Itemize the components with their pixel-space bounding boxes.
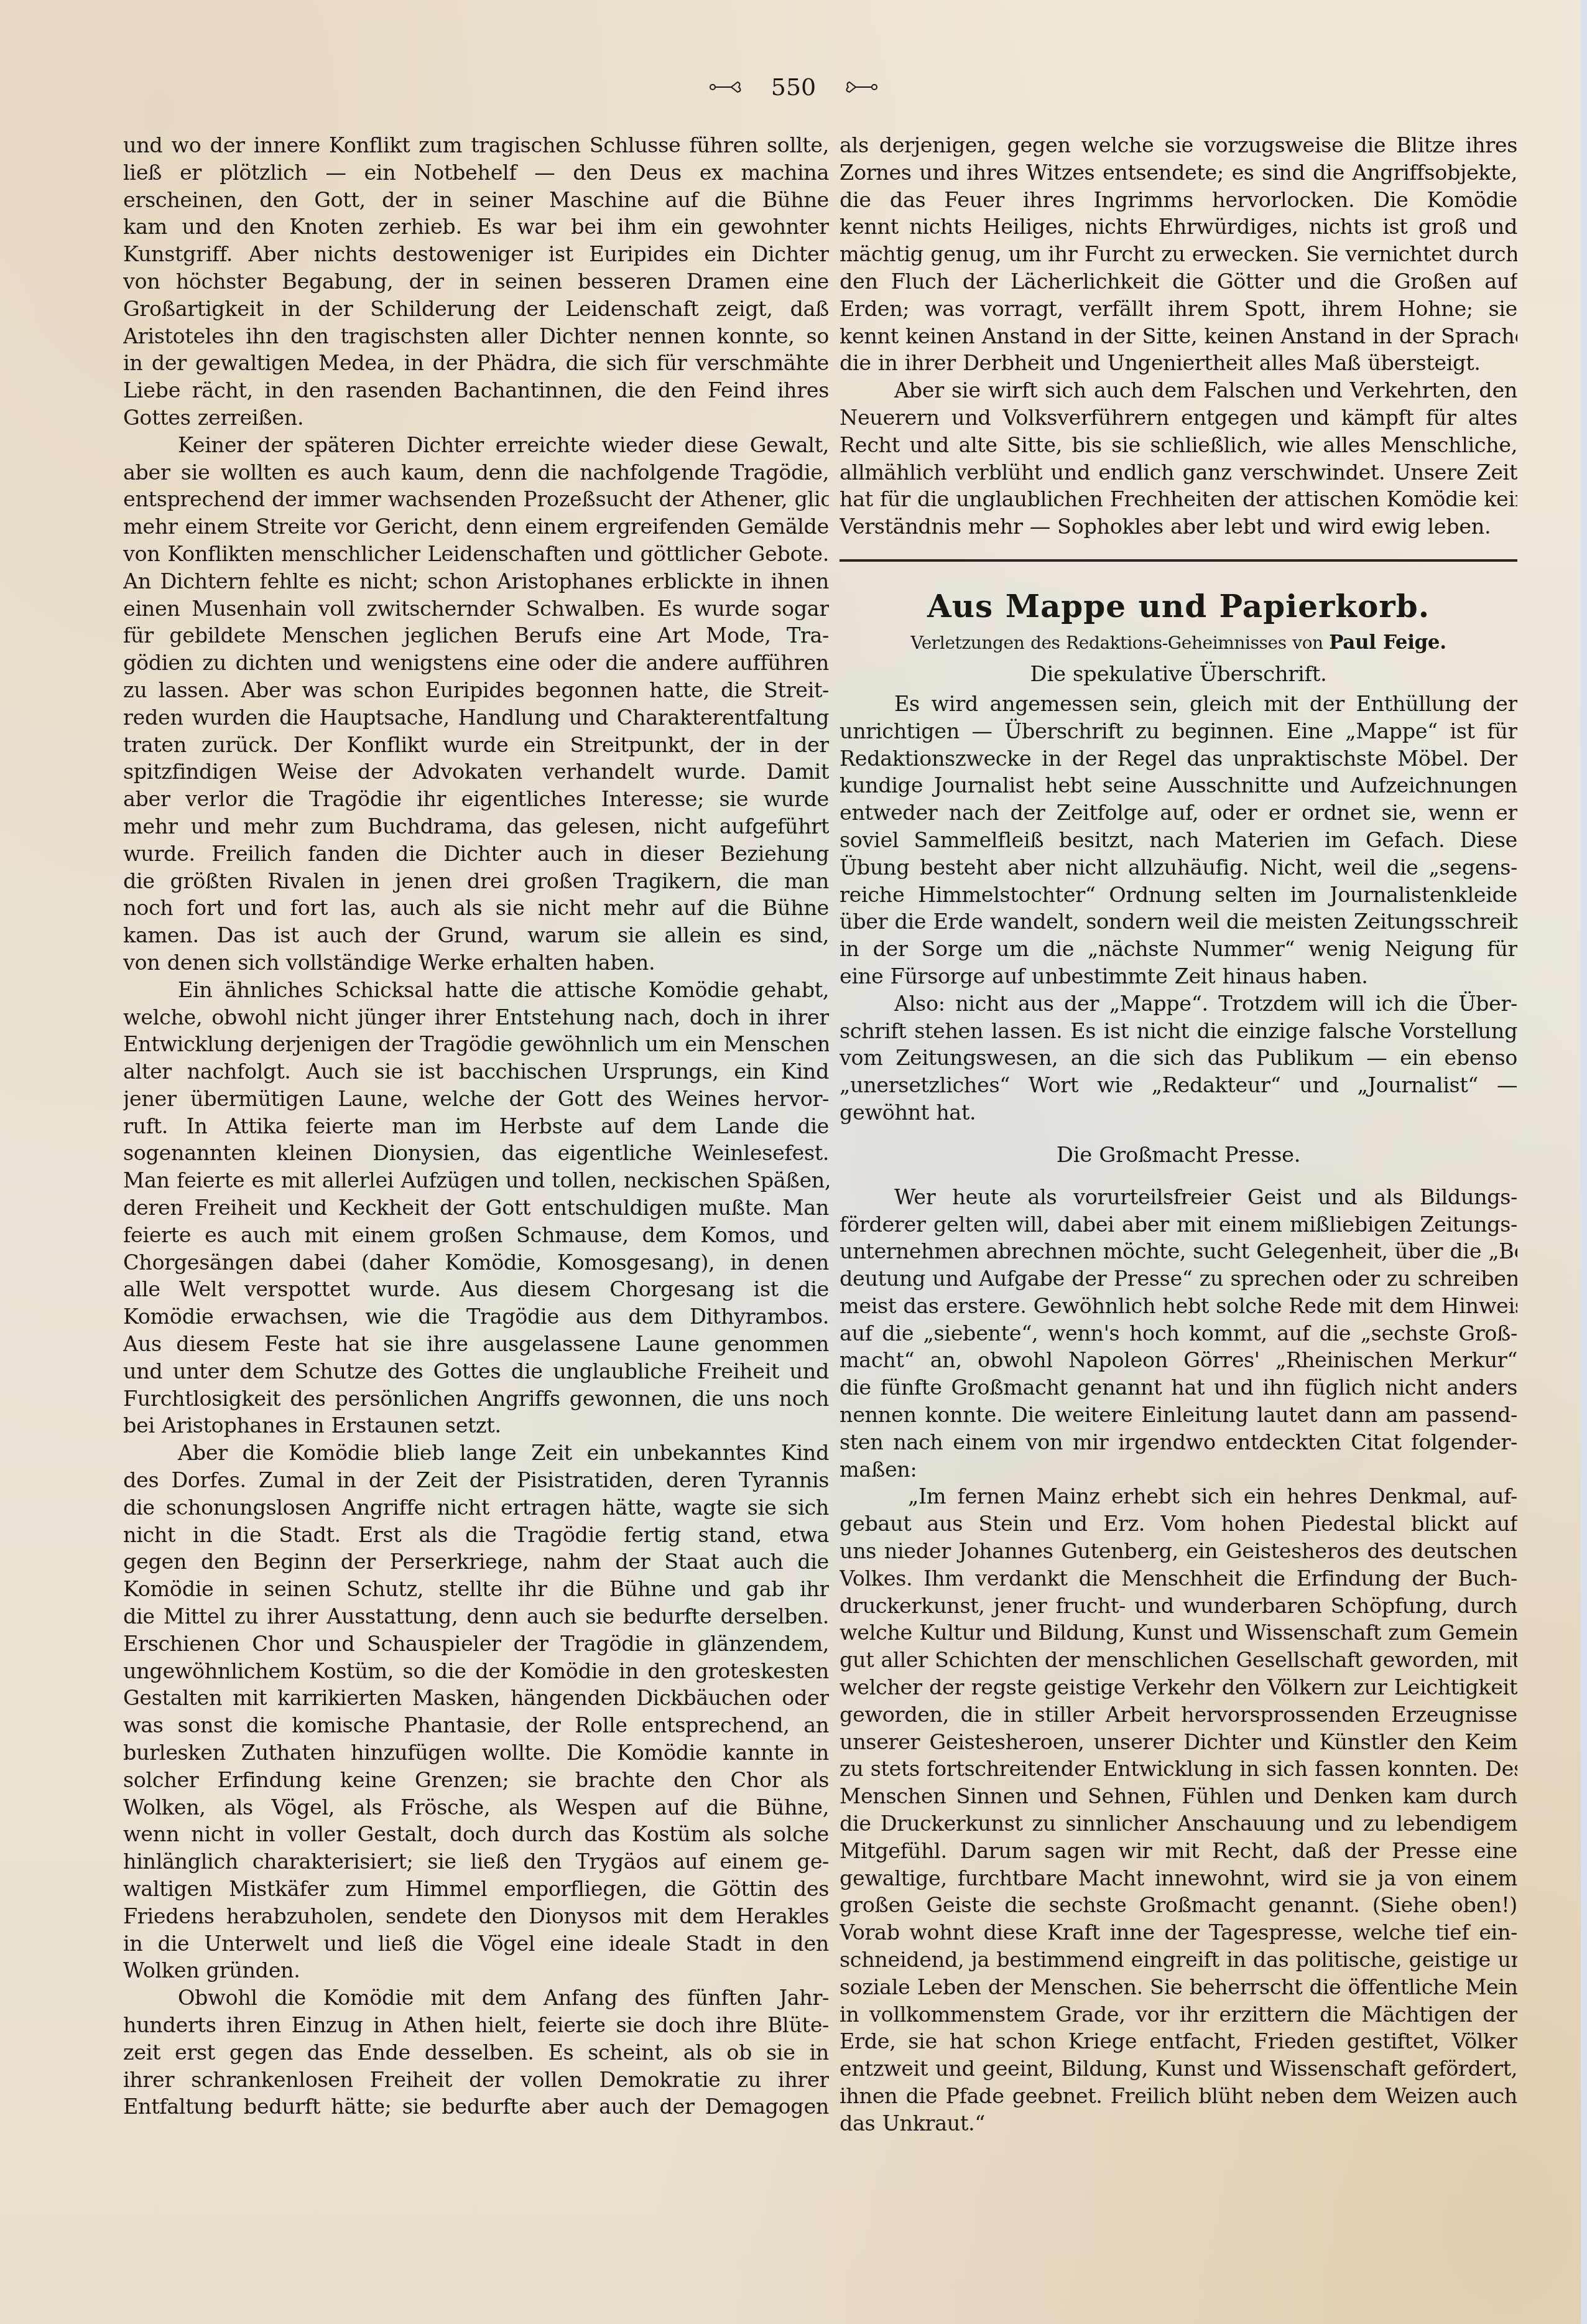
paragraph: Obwohl die Komödie mit dem Anfang des fü… (123, 1984, 829, 2121)
text-line: Es wird angemessen sein, gleich mit der … (840, 690, 1517, 718)
text-line: und wo der innere Konflikt zum tragische… (123, 132, 829, 159)
text-line: maßen: (840, 1456, 1517, 1484)
text-line: Mitgefühl. Darum sagen wir mit Recht, da… (840, 1838, 1517, 1865)
text-line: Gestalten mit karrikierten Masken, hänge… (123, 1685, 829, 1712)
text-line: spitzfindigen Weise der Advokaten verhan… (123, 758, 829, 786)
text-line: Man feierte es mit allerlei Aufzügen und… (123, 1167, 829, 1194)
paragraph: Keiner der späteren Dichter erreichte wi… (123, 432, 829, 977)
text-line: hinlänglich charakterisiert; sie ließ de… (123, 1848, 829, 1875)
article-byline: Verletzungen des Redaktions-Geheimnisses… (840, 629, 1517, 657)
text-line: Wolken, als Vögel, als Frösche, als Wesp… (123, 1794, 829, 1821)
text-line: burlesken Zuthaten hinzufügen wollte. Di… (123, 1739, 829, 1767)
text-line: Chorgesängen dabei (daher Komödie, Komos… (123, 1249, 829, 1276)
section-body: Wer heute als vorurteilsfreier Geist und… (840, 1184, 1517, 2137)
essay-continuation: als derjenigen, gegen welche sie vorzugs… (840, 132, 1517, 541)
text-line: zu stets fortschreitender Entwicklung in… (840, 1755, 1517, 1783)
section-heading: Die spekulative Überschrift. (840, 659, 1517, 689)
article-sections: Die spekulative Überschrift.Es wird ange… (840, 659, 1517, 2137)
text-line: die das Feuer ihres Ingrimms hervorlocke… (840, 187, 1517, 214)
text-line: das Unkraut.“ (840, 2110, 1517, 2137)
text-line: Erde, sie hat schon Kriege entfacht, Fri… (840, 2028, 1517, 2055)
text-line: die schonungslosen Angriffe nicht ertrag… (123, 1494, 829, 1522)
text-line: wenn nicht in voller Gestalt, doch durch… (123, 1821, 829, 1848)
text-line: erscheinen, den Gott, der in seiner Masc… (123, 187, 829, 214)
text-line: unserer Geistesheroen, unserer Dichter u… (840, 1729, 1517, 1756)
text-line: in die Unterwelt und ließ die Vögel eine… (123, 1930, 829, 1958)
text-line: Also: nicht aus der „Mappe“. Trotzdem wi… (840, 990, 1517, 1018)
text-line: und unter dem Schutze des Gottes die ung… (123, 1358, 829, 1385)
text-line: Kunstgriff. Aber nichts destoweniger ist… (123, 241, 829, 268)
paragraph: Aber sie wirft sich auch dem Falschen un… (840, 377, 1517, 541)
text-line: sogenannten kleinen Dionysien, das eigen… (123, 1140, 829, 1167)
text-line: nennen konnte. Die weitere Einleitung la… (840, 1401, 1517, 1429)
text-line: mächtig genug, um ihr Furcht zu erwecken… (840, 241, 1517, 268)
text-line: einen Musenhain voll zwitschernder Schwa… (123, 595, 829, 623)
text-line: des Dorfes. Zumal in der Zeit der Pisist… (123, 1467, 829, 1494)
text-line: reden wurden die Hauptsache, Handlung un… (123, 704, 829, 732)
text-line: ihnen die Pfade geebnet. Freilich blüht … (840, 2083, 1517, 2110)
article-title: Aus Mappe und Papierkorb. (840, 587, 1517, 626)
text-line: Aber die Komödie blieb lange Zeit ein un… (123, 1439, 829, 1467)
right-column: als derjenigen, gegen welche sie vorzugs… (840, 132, 1517, 2137)
text-line: für gebildete Menschen jeglichen Berufs … (123, 622, 829, 649)
text-line: Liebe rächt, in den rasenden Bachantinne… (123, 377, 829, 404)
text-line: Neuerern und Volksverführern entgegen un… (840, 404, 1517, 432)
text-line: kundige Journalist hebt seine Ausschnitt… (840, 772, 1517, 799)
text-line: kamen. Das ist auch der Grund, warum sie… (123, 922, 829, 949)
section-divider (840, 559, 1517, 562)
text-line: An Dichtern fehlte es nicht; schon Arist… (123, 568, 829, 595)
text-line: soziale Leben der Menschen. Sie beherrsc… (840, 1974, 1517, 2001)
text-line: Friedens herabzuholen, sendete den Diony… (123, 1903, 829, 1930)
text-line: ließ er plötzlich — ein Notbehelf — den … (123, 159, 829, 187)
text-line: gewaltige, furchtbare Macht innewohnt, w… (840, 1865, 1517, 1892)
text-line: sten nach einem von mir irgendwo entdeck… (840, 1429, 1517, 1456)
scan-edge (1581, 0, 1587, 2324)
text-line: entzweit und geeint, Bildung, Kunst und … (840, 2055, 1517, 2083)
text-line: welche Kultur und Bildung, Kunst und Wis… (840, 1619, 1517, 1647)
text-line: in der gewaltigen Medea, in der Phädra, … (123, 350, 829, 377)
text-line: förderer gelten will, dabei aber mit ein… (840, 1211, 1517, 1239)
text-line: auf die „siebente“, wenn's hoch kommt, a… (840, 1320, 1517, 1347)
page-header: 550 (0, 73, 1587, 101)
text-line: entweder nach der Zeitfolge auf, oder er… (840, 799, 1517, 827)
text-line: aber sie wollten es auch kaum, denn die … (123, 459, 829, 486)
text-line: geworden, die in stiller Arbeit hervorsp… (840, 1701, 1517, 1729)
text-line: Wolken gründen. (123, 1957, 829, 1984)
text-line: über die Erde wandelt, sondern weil die … (840, 908, 1517, 936)
text-line: unternehmen abrechnen möchte, sucht Gele… (840, 1238, 1517, 1265)
paragraph: und wo der innere Konflikt zum tragische… (123, 132, 829, 432)
text-line: soviel Sammelfleiß besitzt, nach Materie… (840, 827, 1517, 854)
paragraph: als derjenigen, gegen welche sie vorzugs… (840, 132, 1517, 377)
text-line: feierte es auch mit einem großen Schmaus… (123, 1222, 829, 1249)
text-line: nicht in die Stadt. Erst als die Tragödi… (123, 1522, 829, 1549)
text-line: die Druckerkunst zu sinnlicher Anschauun… (840, 1810, 1517, 1838)
text-line: alle Welt verspottet wurde. Aus diesem C… (123, 1276, 829, 1303)
text-line: Obwohl die Komödie mit dem Anfang des fü… (123, 1984, 829, 2012)
text-line: Komödie in seinen Schutz, stellte ihr di… (123, 1576, 829, 1603)
text-line: Volkes. Ihm verdankt die Menschheit die … (840, 1565, 1517, 1592)
text-line: gut aller Schichten der menschlichen Ges… (840, 1647, 1517, 1674)
text-line: Ein ähnliches Schicksal hatte die attisc… (123, 977, 829, 1004)
text-line: als derjenigen, gegen welche sie vorzugs… (840, 132, 1517, 159)
text-line: was sonst die komische Phantasie, der Ro… (123, 1712, 829, 1739)
text-line: ihrer schrankenlosen Freiheit der vollen… (123, 2066, 829, 2094)
section-body: Es wird angemessen sein, gleich mit der … (840, 690, 1517, 1127)
text-line: Zornes und ihres Witzes entsendete; es s… (840, 159, 1517, 187)
text-line: die Mittel zu ihrer Ausstattung, denn au… (123, 1603, 829, 1630)
text-line: Keiner der späteren Dichter erreichte wi… (123, 432, 829, 459)
text-line: Entfaltung bedurft hätte; sie bedurfte a… (123, 2093, 829, 2121)
text-line: Furchtlosigkeit des persönlichen Angriff… (123, 1385, 829, 1413)
text-line: eine Fürsorge auf unbestimmte Zeit hinau… (840, 963, 1517, 990)
text-line: mehr einem Streite vor Gericht, denn ein… (123, 513, 829, 541)
text-line: gebaut aus Stein und Erz. Vom hohen Pied… (840, 1510, 1517, 1538)
text-line: von höchster Begabung, der in seinen bes… (123, 268, 829, 295)
text-line: waltigen Mistkäfer zum Himmel emporflieg… (123, 1875, 829, 1903)
text-line: die größten Rivalen in jenen drei großen… (123, 868, 829, 895)
left-column: und wo der innere Konflikt zum tragische… (123, 132, 829, 2121)
text-line: Erschienen Chor und Schauspieler der Tra… (123, 1630, 829, 1658)
text-line: meist das erstere. Gewöhnlich hebt solch… (840, 1293, 1517, 1320)
text-line: druckerkunst, jener frucht- und wunderba… (840, 1592, 1517, 1620)
text-line: kam und den Knoten zerhieb. Es war bei i… (123, 213, 829, 241)
text-line: wurde. Freilich fanden die Dichter auch … (123, 840, 829, 868)
text-line: ungewöhnlichem Kostüm, so die der Komödi… (123, 1658, 829, 1685)
text-line: Aus diesem Feste hat sie ihre ausgelasse… (123, 1331, 829, 1358)
text-line: die fünfte Großmacht genannt hat und ihn… (840, 1374, 1517, 1401)
text-line: welche, obwohl nicht jünger ihrer Entste… (123, 1004, 829, 1031)
byline-prefix: Verletzungen des Redaktions-Geheimnisses… (910, 633, 1323, 653)
text-line: Wer heute als vorurteilsfreier Geist und… (840, 1184, 1517, 1211)
text-line: reiche Himmelstochter“ Ordnung selten im… (840, 881, 1517, 909)
text-line: gewöhnt hat. (840, 1099, 1517, 1127)
text-line: traten zurück. Der Konflikt wurde ein St… (123, 732, 829, 759)
text-line: allmählich verblüht und endlich ganz ver… (840, 459, 1517, 486)
text-line: schneidend, ja bestimmend eingreift in d… (840, 1946, 1517, 1974)
text-line: gegen den Beginn der Perserkriege, nahm … (123, 1548, 829, 1576)
page-number: 550 (771, 73, 817, 101)
text-line: jener übermütigen Laune, welche der Gott… (123, 1085, 829, 1113)
text-line: von Konflikten menschlicher Leidenschaft… (123, 541, 829, 568)
text-line: Verständnis mehr — Sophokles aber lebt u… (840, 513, 1517, 541)
arrow-ornament-right-icon (841, 80, 878, 95)
text-line: Komödie erwachsen, wie die Tragödie aus … (123, 1303, 829, 1331)
paragraph: Ein ähnliches Schicksal hatte die attisc… (123, 977, 829, 1440)
paragraph: Es wird angemessen sein, gleich mit der … (840, 690, 1517, 990)
text-line: deren Freiheit und Keckheit der Gott ent… (123, 1194, 829, 1222)
text-line: ruft. In Attika feierte man im Herbste a… (123, 1113, 829, 1140)
text-line: Recht und alte Sitte, bis sie schließlic… (840, 432, 1517, 459)
text-line: solcher Erfindung keine Grenzen; sie bra… (123, 1767, 829, 1794)
text-line: aber verlor die Tragödie ihr eigentliche… (123, 786, 829, 813)
quote-paragraph: „Im fernen Mainz erhebt sich ein hehres … (840, 1483, 1517, 2137)
text-line: in vollkommenstem Grade, vor ihr erzitte… (840, 2001, 1517, 2029)
arrow-ornament-left-icon (709, 80, 746, 95)
text-line: großen Geiste die sechste Großmacht gena… (840, 1892, 1517, 1919)
text-line: alter nachfolgt. Auch sie ist bacchische… (123, 1058, 829, 1085)
text-line: hunderts ihren Einzug in Athen hielt, fe… (123, 2012, 829, 2039)
text-line: Menschen Sinnen und Sehnen, Fühlen und D… (840, 1783, 1517, 1810)
text-line: mehr und mehr zum Buchdrama, das gelesen… (123, 813, 829, 840)
text-line: Vorab wohnt diese Kraft inne der Tagespr… (840, 1919, 1517, 1946)
paragraph: Also: nicht aus der „Mappe“. Trotzdem wi… (840, 990, 1517, 1127)
text-line: zeit erst gegen das Ende desselben. Es s… (123, 2039, 829, 2066)
text-line: schrift stehen lassen. Es ist nicht die … (840, 1018, 1517, 1045)
text-line: unrichtigen — Überschrift zu beginnen. E… (840, 718, 1517, 745)
text-line: von denen sich vollständige Werke erhalt… (123, 949, 829, 977)
paragraph: Wer heute als vorurteilsfreier Geist und… (840, 1184, 1517, 1484)
text-line: noch fort und fort las, auch als sie nic… (123, 895, 829, 922)
text-line: kennt nichts Heiliges, nichts Ehrwürdige… (840, 213, 1517, 241)
text-line: deutung und Aufgabe der Presse“ zu sprec… (840, 1265, 1517, 1293)
text-line: vom Zeitungswesen, an die sich das Publi… (840, 1044, 1517, 1072)
section-heading: Die Großmacht Presse. (840, 1140, 1517, 1170)
text-line: gödien zu dichten und wenigstens eine od… (123, 649, 829, 677)
text-line: „Im fernen Mainz erhebt sich ein hehres … (840, 1483, 1517, 1510)
text-line: entsprechend der immer wachsenden Prozeß… (123, 486, 829, 513)
text-line: Gottes zerreißen. (123, 404, 829, 432)
text-line: Aristoteles ihn den tragischsten aller D… (123, 323, 829, 350)
text-line: Großartigkeit in der Schilderung der Lei… (123, 295, 829, 323)
text-line: welcher der regste geistige Verkehr den … (840, 1674, 1517, 1701)
text-line: den Fluch der Lächerlichkeit die Götter … (840, 268, 1517, 295)
text-line: „unersetzliches“ Wort wie „Redakteur“ un… (840, 1072, 1517, 1099)
text-line: Übung besteht aber nicht allzuhäufig. Ni… (840, 854, 1517, 881)
text-line: Aber sie wirft sich auch dem Falschen un… (840, 377, 1517, 404)
text-line: Entwicklung derjenigen der Tragödie gewö… (123, 1031, 829, 1058)
text-line: die in ihrer Derbheit und Ungeniertheit … (840, 350, 1517, 377)
text-line: uns nieder Johannes Gutenberg, ein Geist… (840, 1538, 1517, 1565)
text-line: macht“ an, obwohl Napoleon Görres' „Rhei… (840, 1347, 1517, 1374)
text-line: hat für die unglaublichen Frechheiten de… (840, 486, 1517, 513)
paragraph: Aber die Komödie blieb lange Zeit ein un… (123, 1439, 829, 1984)
text-line: Redaktionszwecke in der Regel das unprak… (840, 745, 1517, 773)
text-line: zu lassen. Aber was schon Euripides bego… (123, 677, 829, 704)
text-line: bei Aristophanes in Erstaunen setzt. (123, 1412, 829, 1439)
text-line: in der Sorge um die „nächste Nummer“ wen… (840, 936, 1517, 963)
byline-author: Paul Feige. (1329, 631, 1446, 654)
text-line: kennt keinen Anstand in der Sitte, keine… (840, 323, 1517, 350)
text-line: Erden; was vorragt, verfällt ihrem Spott… (840, 295, 1517, 323)
